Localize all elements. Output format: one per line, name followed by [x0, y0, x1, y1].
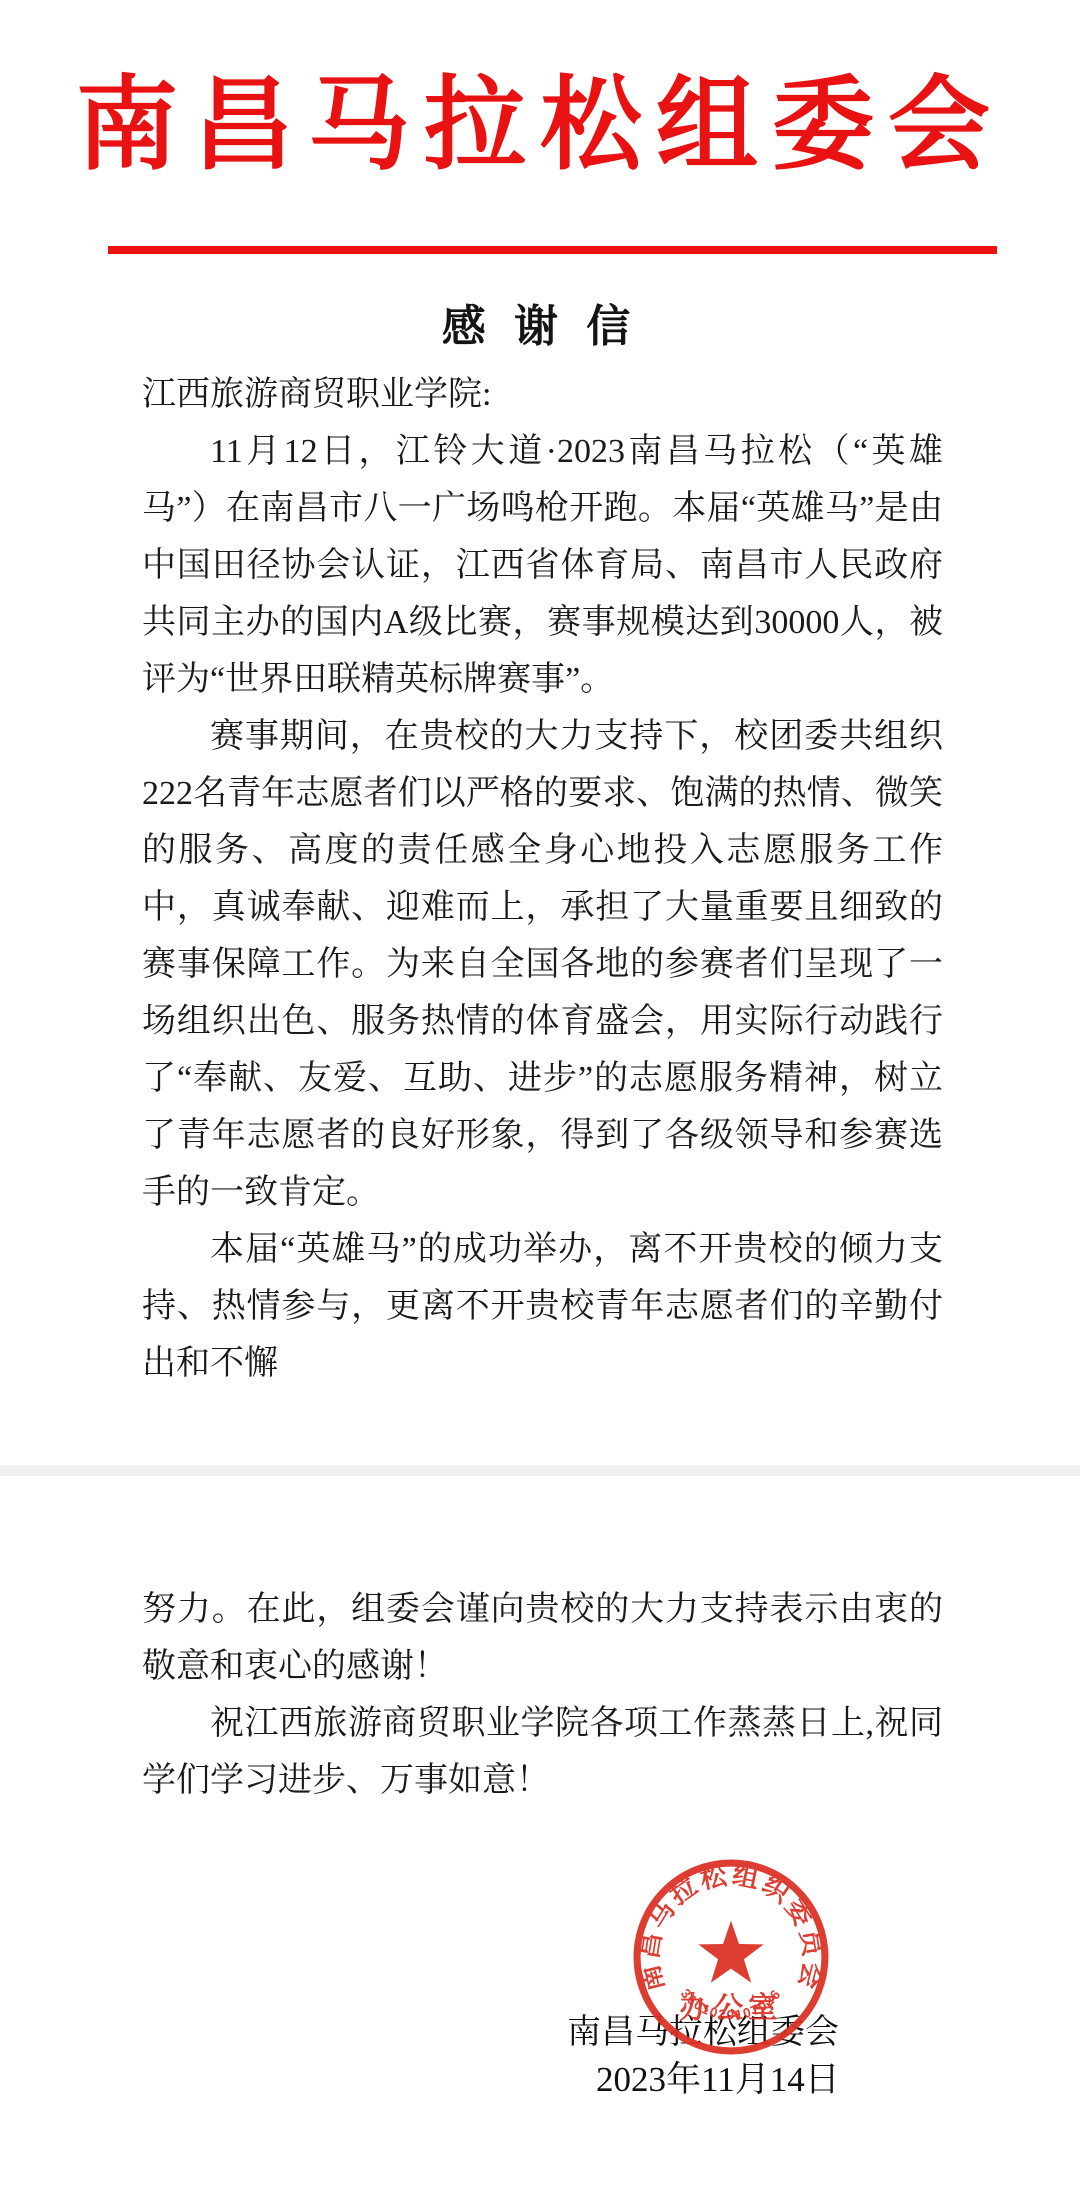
- letter-page: 南昌马拉松组委会 感 谢 信 江西旅游商贸职业学院: 11月12日，江铃大道·2…: [0, 0, 1080, 2196]
- seal-star-icon: [698, 1921, 763, 1983]
- paragraph: 本届“英雄马”的成功举办，离不开贵校的倾力支持、热情参与，更离不开贵校青年志愿者…: [142, 1221, 943, 1392]
- letterhead-rule: [108, 246, 997, 254]
- letter-heading: 感 谢 信: [0, 290, 1080, 354]
- letter-body-page1: 江西旅游商贸职业学院: 11月12日，江铃大道·2023南昌马拉松（“英雄马”）…: [142, 366, 943, 1392]
- letter-date: 2023年11月14日: [596, 2052, 840, 2102]
- paragraph: 赛事期间，在贵校的大力支持下，校团委共组织222名青年志愿者们以严格的要求、饱满…: [142, 708, 943, 1221]
- official-seal: 南昌马拉松组织委员会 办公室 3601020107026: [630, 1856, 832, 2058]
- letter-body-page2: 努力。在此，组委会谨向贵校的大力支持表示由衷的敬意和衷心的感谢！ 祝江西旅游商贸…: [142, 1581, 943, 1809]
- page-separator: [0, 1465, 1080, 1476]
- salutation: 江西旅游商贸职业学院:: [142, 366, 943, 423]
- paragraph: 11月12日，江铃大道·2023南昌马拉松（“英雄马”）在南昌市八一广场鸣枪开跑…: [142, 423, 943, 708]
- paragraph: 努力。在此，组委会谨向贵校的大力支持表示由衷的敬意和衷心的感谢！: [142, 1581, 943, 1695]
- letterhead-title: 南昌马拉松组委会: [0, 68, 1080, 185]
- paragraph: 祝江西旅游商贸职业学院各项工作蒸蒸日上,祝同学们学习进步、万事如意！: [142, 1695, 943, 1809]
